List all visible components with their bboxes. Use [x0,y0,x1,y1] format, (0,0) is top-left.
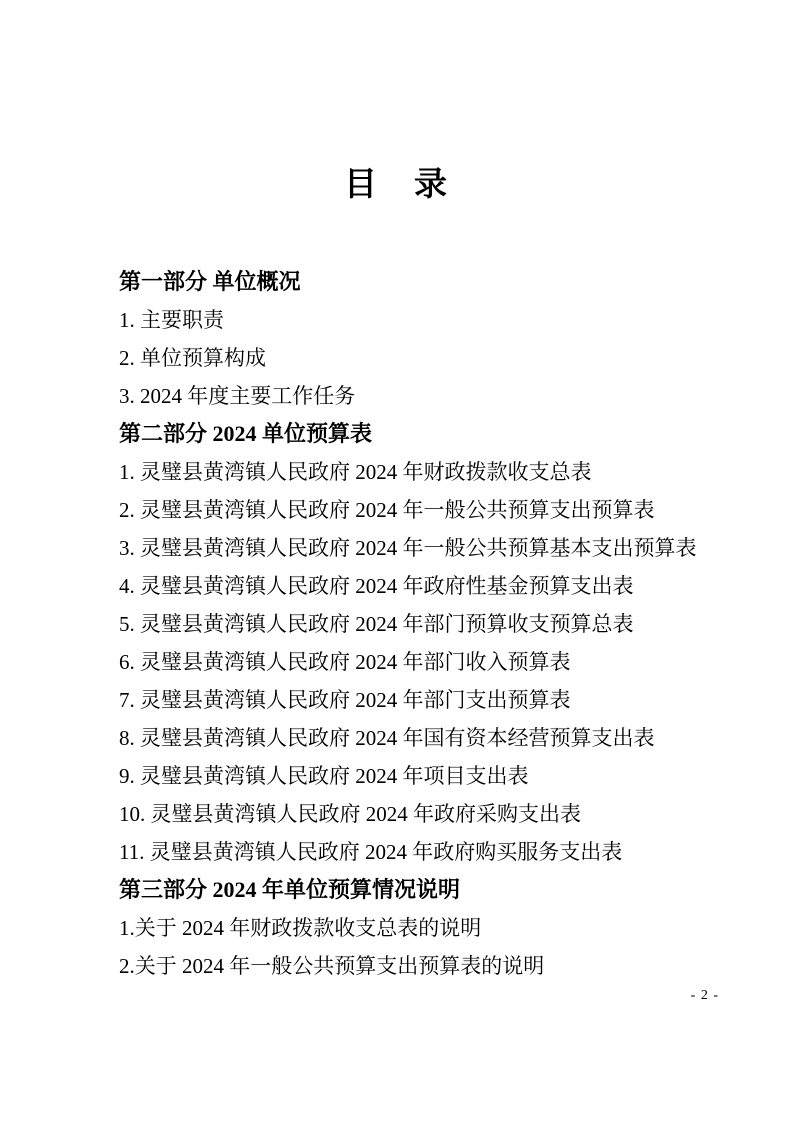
toc-item: 1. 灵璧县黄湾镇人民政府 2024 年财政拨款收支总表 [119,453,753,491]
toc-item: 5. 灵璧县黄湾镇人民政府 2024 年部门预算收支预算总表 [119,605,753,643]
toc-section-heading-part2: 第二部分 2024 单位预算表 [119,415,753,453]
table-of-contents: 第一部分 单位概况 1. 主要职责 2. 单位预算构成 3. 2024 年度主要… [119,263,753,985]
toc-item: 2. 单位预算构成 [119,339,753,377]
toc-item: 8. 灵璧县黄湾镇人民政府 2024 年国有资本经营预算支出表 [119,719,753,757]
toc-item: 1. 主要职责 [119,301,753,339]
toc-item: 11. 灵璧县黄湾镇人民政府 2024 年政府购买服务支出表 [119,833,753,871]
toc-item: 9. 灵璧县黄湾镇人民政府 2024 年项目支出表 [119,757,753,795]
page-number: - 2 - [691,988,719,1005]
toc-section-heading-part1: 第一部分 单位概况 [119,263,753,301]
page-title: 目 录 [0,0,793,202]
toc-item: 10. 灵璧县黄湾镇人民政府 2024 年政府采购支出表 [119,795,753,833]
toc-item: 2.关于 2024 年一般公共预算支出预算表的说明 [119,947,753,985]
toc-item: 3. 2024 年度主要工作任务 [119,377,753,415]
toc-section-heading-part3: 第三部分 2024 年单位预算情况说明 [119,871,753,909]
document-page: 目 录 第一部分 单位概况 1. 主要职责 2. 单位预算构成 3. 2024 … [0,0,793,1122]
toc-item: 6. 灵璧县黄湾镇人民政府 2024 年部门收入预算表 [119,643,753,681]
toc-item: 7. 灵璧县黄湾镇人民政府 2024 年部门支出预算表 [119,681,753,719]
toc-item: 4. 灵璧县黄湾镇人民政府 2024 年政府性基金预算支出表 [119,567,753,605]
toc-item: 3. 灵璧县黄湾镇人民政府 2024 年一般公共预算基本支出预算表 [119,529,753,567]
toc-item: 1.关于 2024 年财政拨款收支总表的说明 [119,909,753,947]
toc-item: 2. 灵璧县黄湾镇人民政府 2024 年一般公共预算支出预算表 [119,491,753,529]
